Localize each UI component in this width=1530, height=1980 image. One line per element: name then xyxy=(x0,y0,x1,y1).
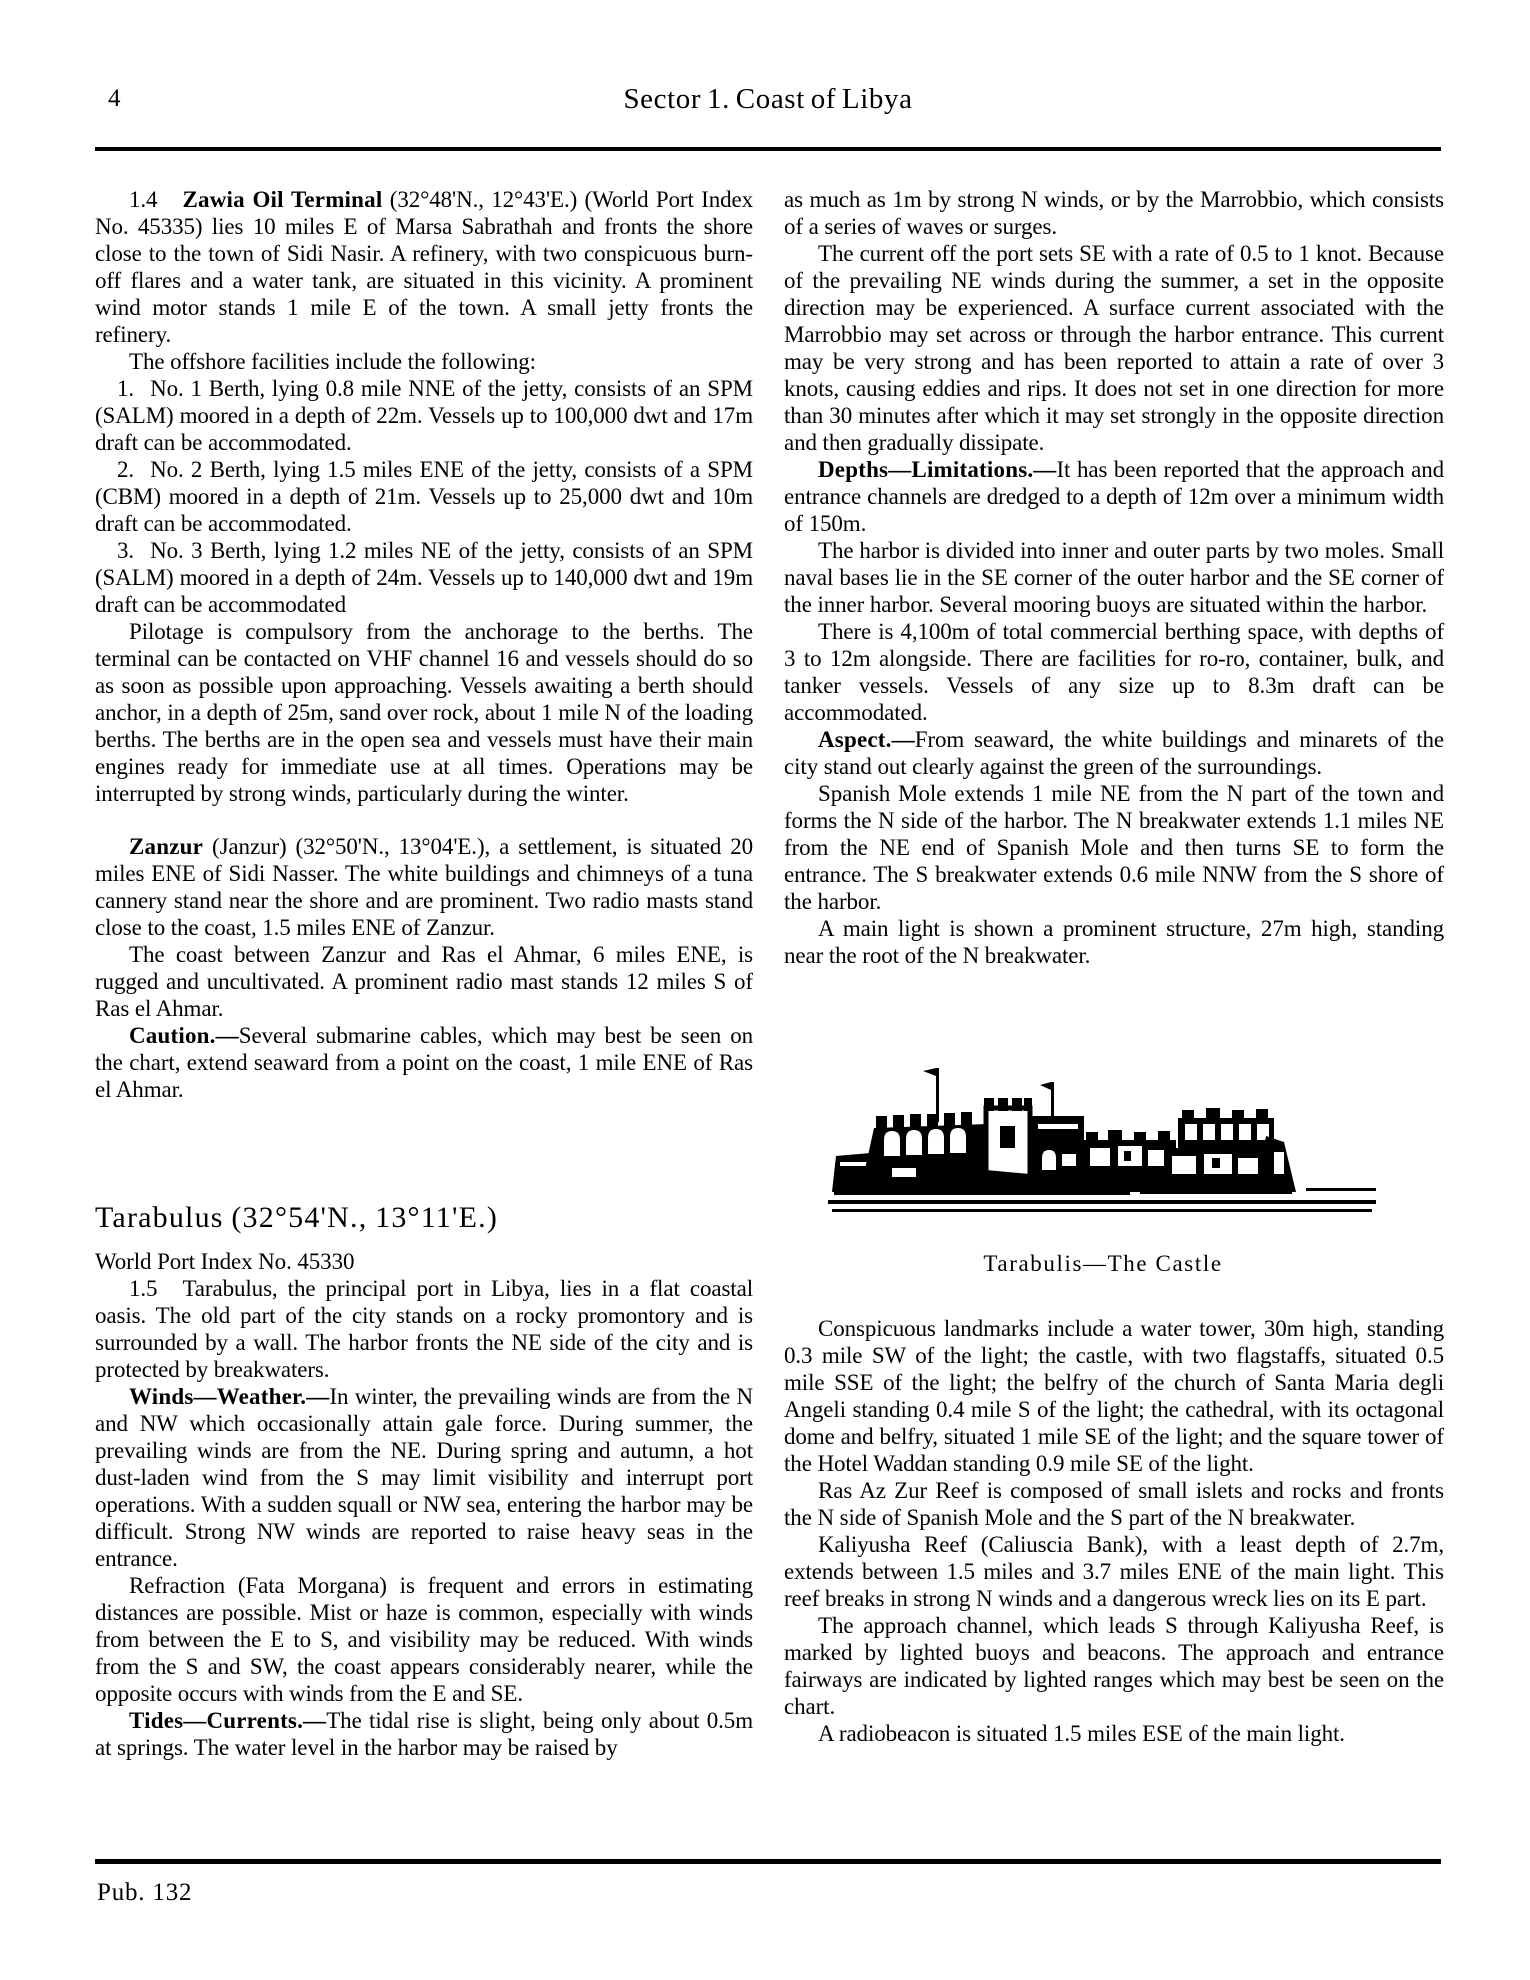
bold-lead: Caution.— xyxy=(129,1023,239,1048)
berth-item-3: 3.No. 3 Berth, lying 1.2 miles NE of the… xyxy=(95,537,753,618)
para-berthing-space: There is 4,100m of total commercial bert… xyxy=(784,618,1444,726)
paragraph-number: 3. xyxy=(117,538,150,563)
left-column-upper: 1.4Zawia Oil Terminal (32°48'N., 12°43'E… xyxy=(95,186,753,1103)
para-winds-weather: Winds—Weather.—In winter, the prevailing… xyxy=(95,1383,753,1572)
publication-number: Pub. 132 xyxy=(97,1878,192,1908)
castle-figure: Tarabulis—The Castle xyxy=(828,1052,1378,1277)
left-column-lower: Tarabulus (32°54'N., 13°11'E.)World Port… xyxy=(95,1192,753,1761)
para-tides-currents: Tides—Currents.—The tidal rise is slight… xyxy=(95,1707,753,1761)
paragraph-text: No. 1 Berth, lying 0.8 mile NNE of the j… xyxy=(95,376,753,455)
para-spanish-mole: Spanish Mole extends 1 mile NE from the … xyxy=(784,780,1444,915)
para-zanzur: Zanzur (Janzur) (32°50'N., 13°04'E.), a … xyxy=(95,833,753,941)
document-page: 4 Sector 1. Coast of Libya 1.4Zawia Oil … xyxy=(0,0,1530,1980)
paragraph-text: Tarabulus, the principal port in Libya, … xyxy=(95,1276,753,1382)
para-pilotage: Pilotage is compulsory from the anchorag… xyxy=(95,618,753,807)
paragraph-gap xyxy=(95,807,753,833)
para-offshore-facilities: The offshore facilities include the foll… xyxy=(95,348,753,375)
footer-rule xyxy=(95,1859,1441,1864)
header-title: Sector 1. Coast of Libya xyxy=(95,82,1441,116)
bold-lead: Zawia Oil Terminal xyxy=(182,187,382,212)
paragraph-text: The harbor is divided into inner and out… xyxy=(784,538,1444,617)
paragraph-text: No. 2 Berth, lying 1.5 miles ENE of the … xyxy=(95,457,753,536)
paragraph-number: 1. xyxy=(117,376,150,401)
paragraph-text: No. 3 Berth, lying 1.2 miles NE of the j… xyxy=(95,538,753,617)
bold-lead: Winds—Weather.— xyxy=(129,1384,329,1409)
paragraph-text: Pilotage is compulsory from the anchorag… xyxy=(95,619,753,806)
bold-lead: Tides—Currents.— xyxy=(129,1708,326,1733)
para-caution: Caution.—Several submarine cables, which… xyxy=(95,1022,753,1103)
right-column-lower: Tarabulis—The CastleConspicuous landmark… xyxy=(784,1048,1444,1747)
paragraph-text: A radiobeacon is situated 1.5 miles ESE … xyxy=(818,1721,1345,1746)
paragraph-text: The current off the port sets SE with a … xyxy=(784,241,1444,455)
para-tarabulus-intro: 1.5Tarabulus, the principal port in Liby… xyxy=(95,1275,753,1383)
para-depths-limitations: Depths—Limitations.—It has been reported… xyxy=(784,456,1444,537)
paragraph-text: as much as 1m by strong N winds, or by t… xyxy=(784,187,1444,239)
paragraph-number: 1.4 xyxy=(129,187,182,212)
berth-item-2: 2.No. 2 Berth, lying 1.5 miles ENE of th… xyxy=(95,456,753,537)
paragraph-text: Ras Az Zur Reef is composed of small isl… xyxy=(784,1478,1444,1530)
para-kaliyusha-reef: Kaliyusha Reef (Caliuscia Bank), with a … xyxy=(784,1531,1444,1612)
header-rule xyxy=(95,147,1441,151)
world-port-index: World Port Index No. 45330 xyxy=(95,1248,753,1275)
para-harbor-moles: The harbor is divided into inner and out… xyxy=(784,537,1444,618)
right-column-upper: as much as 1m by strong N winds, or by t… xyxy=(784,186,1444,969)
paragraph-text: Refraction (Fata Morgana) is frequent an… xyxy=(95,1573,753,1706)
para-ras-az-zur-reef: Ras Az Zur Reef is composed of small isl… xyxy=(784,1477,1444,1531)
para-current-off-port: The current off the port sets SE with a … xyxy=(784,240,1444,456)
section-heading-tarabulus: Tarabulus (32°54'N., 13°11'E.) xyxy=(95,1198,753,1238)
paragraph-text: Spanish Mole extends 1 mile NE from the … xyxy=(784,781,1444,914)
para-zawia-oil-terminal: 1.4Zawia Oil Terminal (32°48'N., 12°43'E… xyxy=(95,186,753,348)
paragraph-text: The offshore facilities include the foll… xyxy=(129,349,536,374)
paragraph-text: There is 4,100m of total commercial bert… xyxy=(784,619,1444,725)
bold-lead: Depths—Limitations.— xyxy=(818,457,1057,482)
para-tides-continuation: as much as 1m by strong N winds, or by t… xyxy=(784,186,1444,240)
figure-caption: Tarabulis—The Castle xyxy=(828,1250,1378,1277)
para-coast-zanzur-ras-el-ahmar: The coast between Zanzur and Ras el Ahma… xyxy=(95,941,753,1022)
para-approach-channel: The approach channel, which leads S thro… xyxy=(784,1612,1444,1720)
paragraph-text: Conspicuous landmarks include a water to… xyxy=(784,1316,1444,1476)
bold-lead: Aspect.— xyxy=(818,727,915,752)
para-conspicuous-landmarks: Conspicuous landmarks include a water to… xyxy=(784,1315,1444,1477)
paragraph-number: 1.5 xyxy=(129,1276,182,1301)
paragraph-text: The approach channel, which leads S thro… xyxy=(784,1613,1444,1719)
para-refraction: Refraction (Fata Morgana) is frequent an… xyxy=(95,1572,753,1707)
berth-item-1: 1.No. 1 Berth, lying 0.8 mile NNE of the… xyxy=(95,375,753,456)
para-radiobeacon: A radiobeacon is situated 1.5 miles ESE … xyxy=(784,1720,1444,1747)
paragraph-text: In winter, the prevailing winds are from… xyxy=(95,1384,753,1571)
bold-lead: Zanzur xyxy=(129,834,203,859)
paragraph-text: A main light is shown a prominent struct… xyxy=(784,916,1444,968)
para-main-light: A main light is shown a prominent struct… xyxy=(784,915,1444,969)
paragraph-number: 2. xyxy=(117,457,150,482)
paragraph-text: The coast between Zanzur and Ras el Ahma… xyxy=(95,942,753,1021)
para-aspect: Aspect.—From seaward, the white building… xyxy=(784,726,1444,780)
castle-illustration xyxy=(828,1052,1378,1222)
paragraph-text: Kaliyusha Reef (Caliuscia Bank), with a … xyxy=(784,1532,1444,1611)
